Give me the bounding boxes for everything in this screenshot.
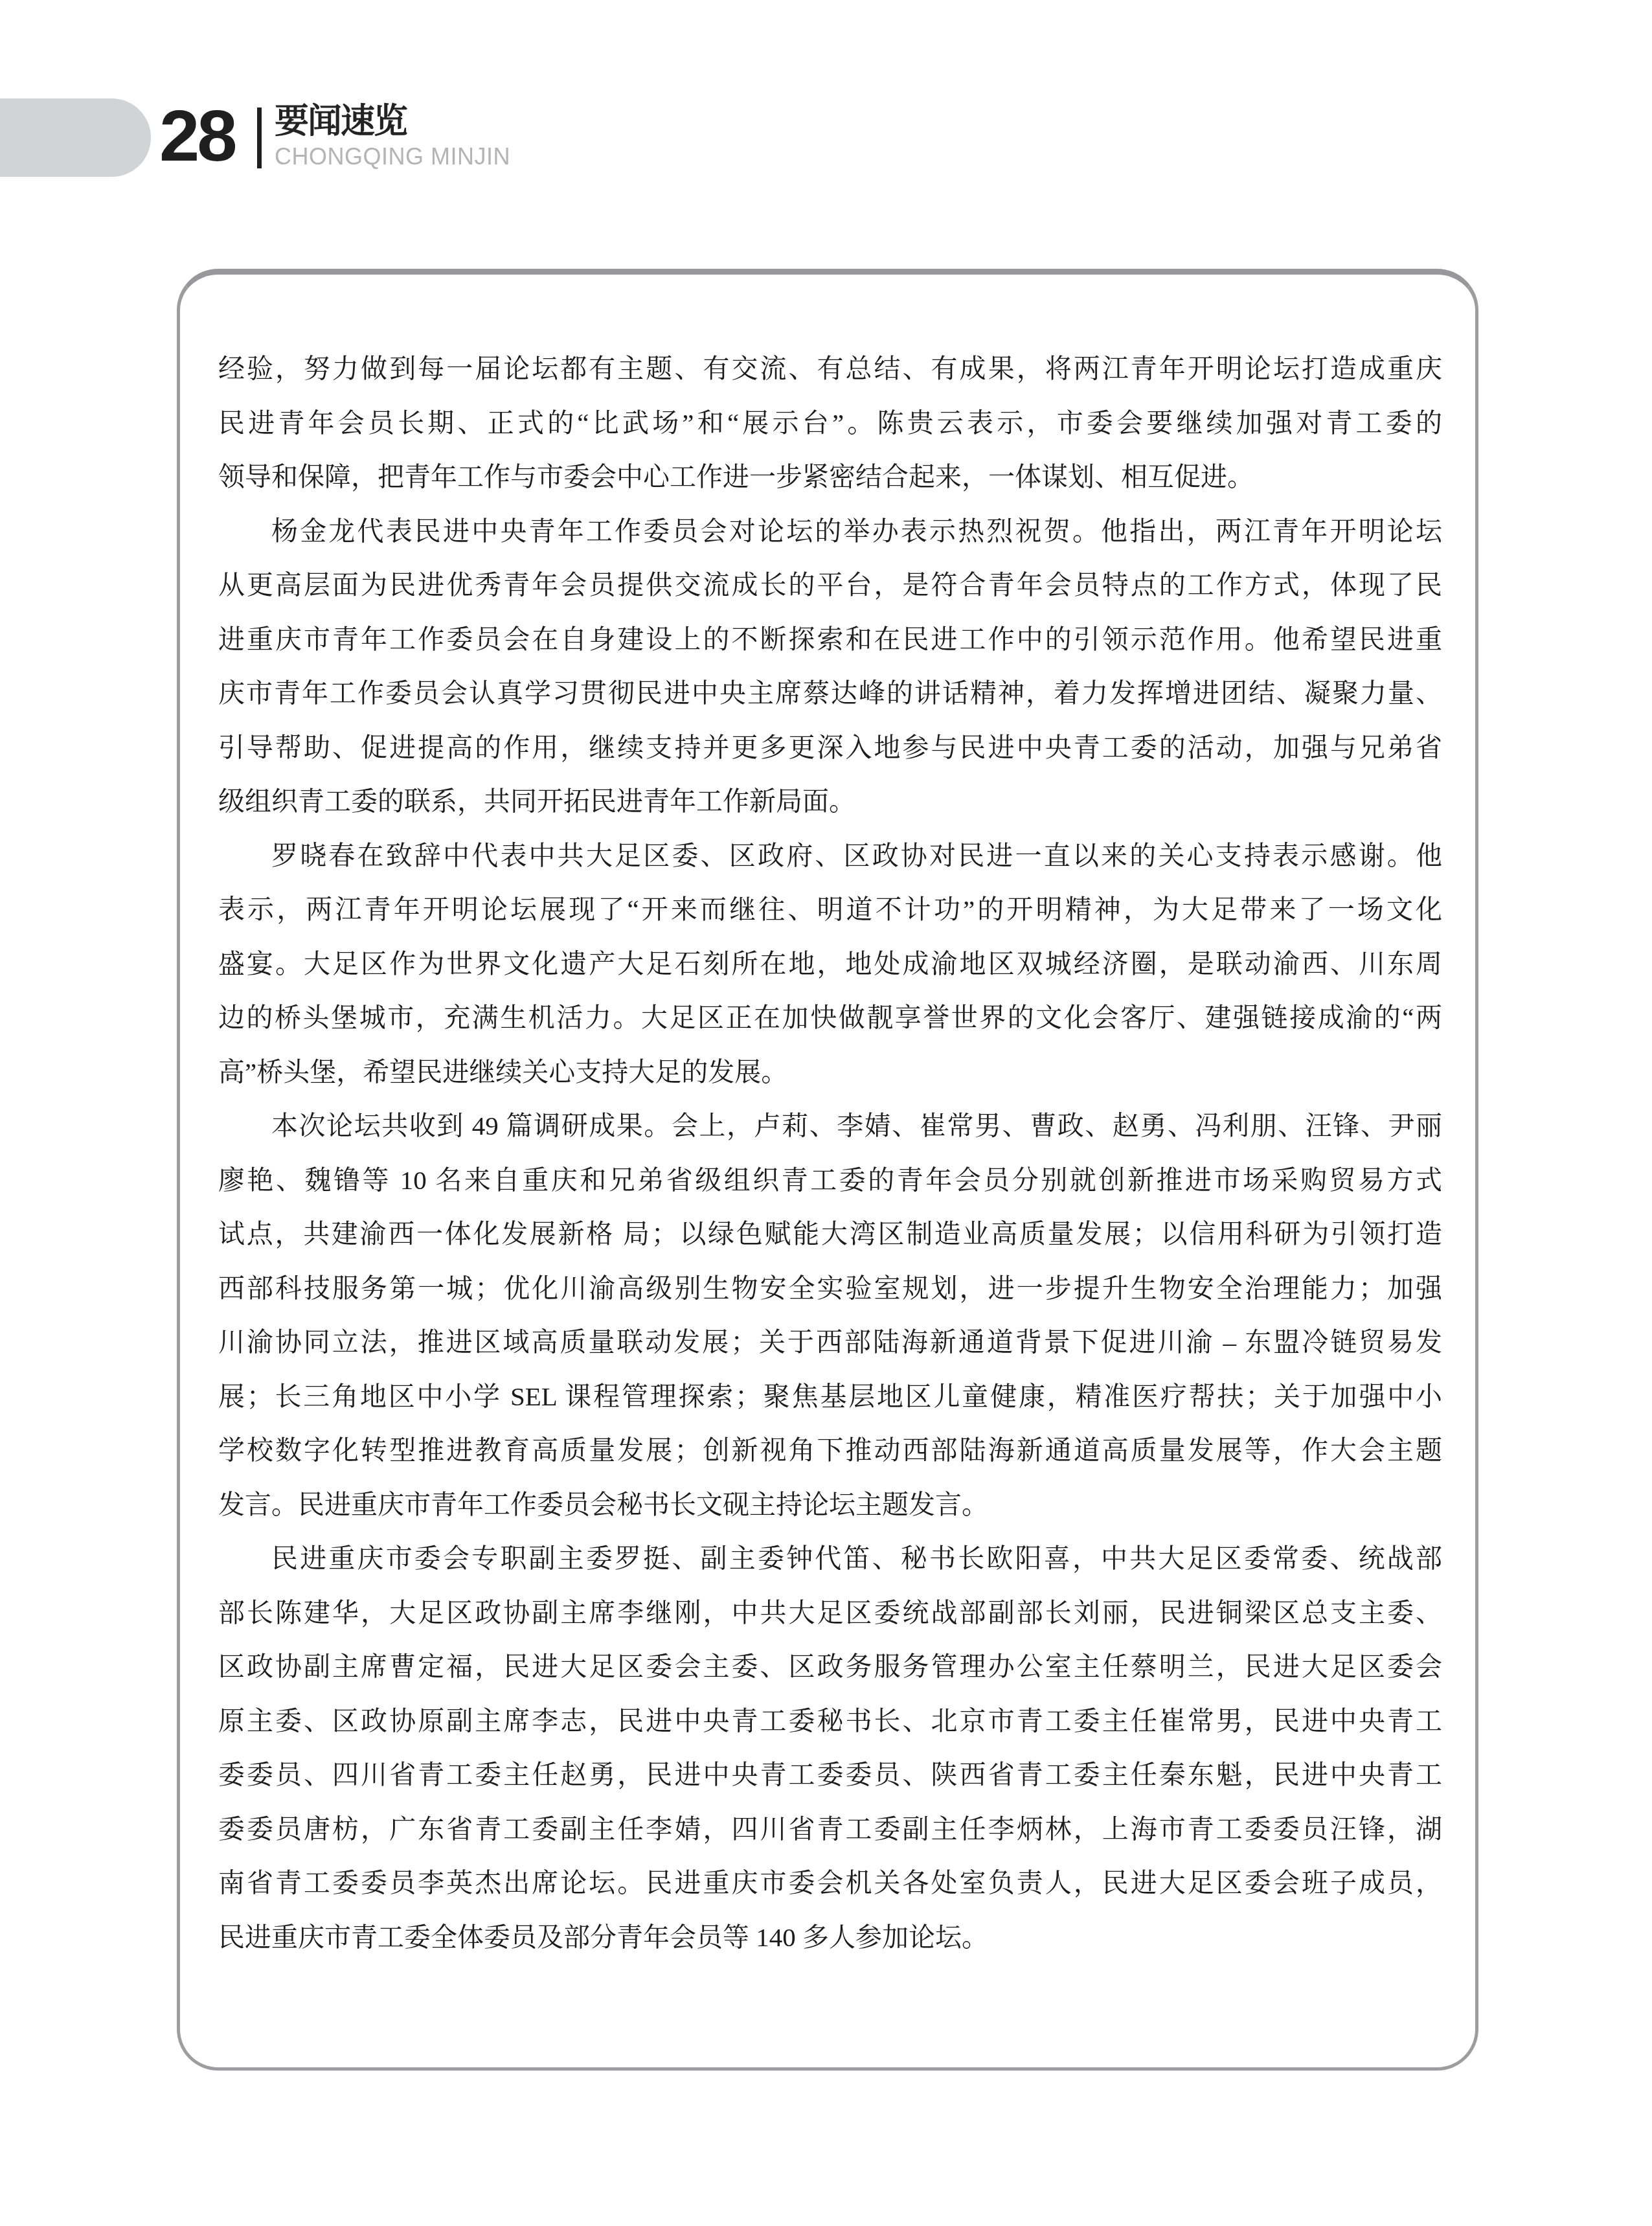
text-line: 进重庆市青年工作委员会在自身建设上的不断探索和在民进工作中的引领示范作用。他希望… — [218, 613, 1442, 667]
text-line: 展；长三角地区中小学 SEL 课程管理探索；聚焦基层地区儿童健康，精准医疗帮扶；… — [218, 1370, 1442, 1424]
text-line: 民进重庆市青工委全体委员及部分青年会员等 140 多人参加论坛。 — [218, 1911, 1442, 1965]
text-line: 委委员唐枋，广东省青工委副主任李婧，四川省青工委副主任李炳林，上海市青工委委员汪… — [218, 1802, 1442, 1857]
text-line: 发言。民进重庆市青年工作委员会秘书长文砚主持论坛主题发言。 — [218, 1478, 1442, 1532]
header-divider — [257, 108, 262, 168]
section-title: 要闻速览 — [275, 102, 407, 141]
text-line: 试点，共建渝西一体化发展新格 局；以绿色赋能大湾区制造业高质量发展；以信用科研为… — [218, 1207, 1442, 1262]
text-line: 西部科技服务第一城；优化川渝高级别生物安全实验室规划，进一步提升生物安全治理能力… — [218, 1262, 1442, 1316]
text-line: 区政协副主席曹定福，民进大足区委会主委、区政务服务管理办公室主任蔡明兰，民进大足… — [218, 1640, 1442, 1694]
text-line: 民进青年会员长期、正式的“比武场”和“展示台”。陈贵云表示，市委会要继续加强对青… — [218, 396, 1442, 451]
text-line: 庆市青年工作委员会认真学习贯彻民进中央主席蔡达峰的讲话精神，着力发挥增进团结、凝… — [218, 666, 1442, 721]
text-line: 罗晓春在致辞中代表中共大足区委、区政府、区政协对民进一直以来的关心支持表示感谢。… — [218, 829, 1442, 883]
text-line: 边的桥头堡城市，充满生机活力。大足区正在加快做靓享誉世界的文化会客厅、建强链接成… — [218, 991, 1442, 1045]
text-line: 级组织青工委的联系，共同开拓民进青年工作新局面。 — [218, 775, 1442, 829]
text-line: 表示，两江青年开明论坛展现了“开来而继往、明道不计功”的开明精神，为大足带来了一… — [218, 883, 1442, 937]
text-line: 引导帮助、促进提高的作用，继续支持并更多更深入地参与民进中央青工委的活动，加强与… — [218, 721, 1442, 775]
text-line: 南省青工委委员李英杰出席论坛。民进重庆市委会机关各处室负责人，民进大足区委会班子… — [218, 1856, 1442, 1911]
header-accent-bar — [0, 98, 151, 177]
text-line: 部长陈建华，大足区政协副主席李继刚，中共大足区委统战部副部长刘丽，民进铜梁区总支… — [218, 1586, 1442, 1641]
text-line: 廖艳、魏镥等 10 名来自重庆和兄弟省级组织青工委的青年会员分别就创新推进市场采… — [218, 1153, 1442, 1208]
text-line: 高”桥头堡，希望民进继续关心支持大足的发展。 — [218, 1045, 1442, 1100]
text-line: 领导和保障，把青年工作与市委会中心工作进一步紧密结合起来，一体谋划、相互促进。 — [218, 450, 1442, 505]
article-text: 经验，努力做到每一届论坛都有主题、有交流、有总结、有成果，将两江青年开明论坛打造… — [218, 342, 1442, 1964]
text-line: 本次论坛共收到 49 篇调研成果。会上，卢莉、李婧、崔常男、曹政、赵勇、冯利朋、… — [218, 1099, 1442, 1153]
text-line: 杨金龙代表民进中央青年工作委员会对论坛的举办表示热烈祝贺。他指出，两江青年开明论… — [218, 505, 1442, 559]
text-line: 学校数字化转型推进教育高质量发展；创新视角下推动西部陆海新通道高质量发展等，作大… — [218, 1424, 1442, 1478]
text-line: 委委员、四川省青工委主任赵勇，民进中央青工委委员、陕西省青工委主任秦东魁，民进中… — [218, 1748, 1442, 1802]
page-number: 28 — [159, 97, 235, 175]
text-line: 盛宴。大足区作为世界文化遗产大足石刻所在地，地处成渝地区双城经济圈，是联动渝西、… — [218, 937, 1442, 992]
text-line: 民进重庆市委会专职副主委罗挺、副主委钟代笛、秘书长欧阳喜，中共大足区委常委、统战… — [218, 1532, 1442, 1586]
text-line: 川渝协同立法，推进区域高质量联动发展；关于西部陆海新通道背景下促进川渝 – 东盟… — [218, 1315, 1442, 1370]
publication-name: CHONGQING MINJIN — [275, 143, 510, 170]
text-line: 从更高层面为民进优秀青年会员提供交流成长的平台，是符合青年会员特点的工作方式，体… — [218, 558, 1442, 613]
text-line: 经验，努力做到每一届论坛都有主题、有交流、有总结、有成果，将两江青年开明论坛打造… — [218, 342, 1442, 396]
magazine-page: 28 要闻速览 CHONGQING MINJIN 经验，努力做到每一届论坛都有主… — [0, 0, 1652, 2226]
text-line: 原主委、区政协原副主席李志，民进中央青工委秘书长、北京市青工委主任崔常男，民进中… — [218, 1694, 1442, 1749]
